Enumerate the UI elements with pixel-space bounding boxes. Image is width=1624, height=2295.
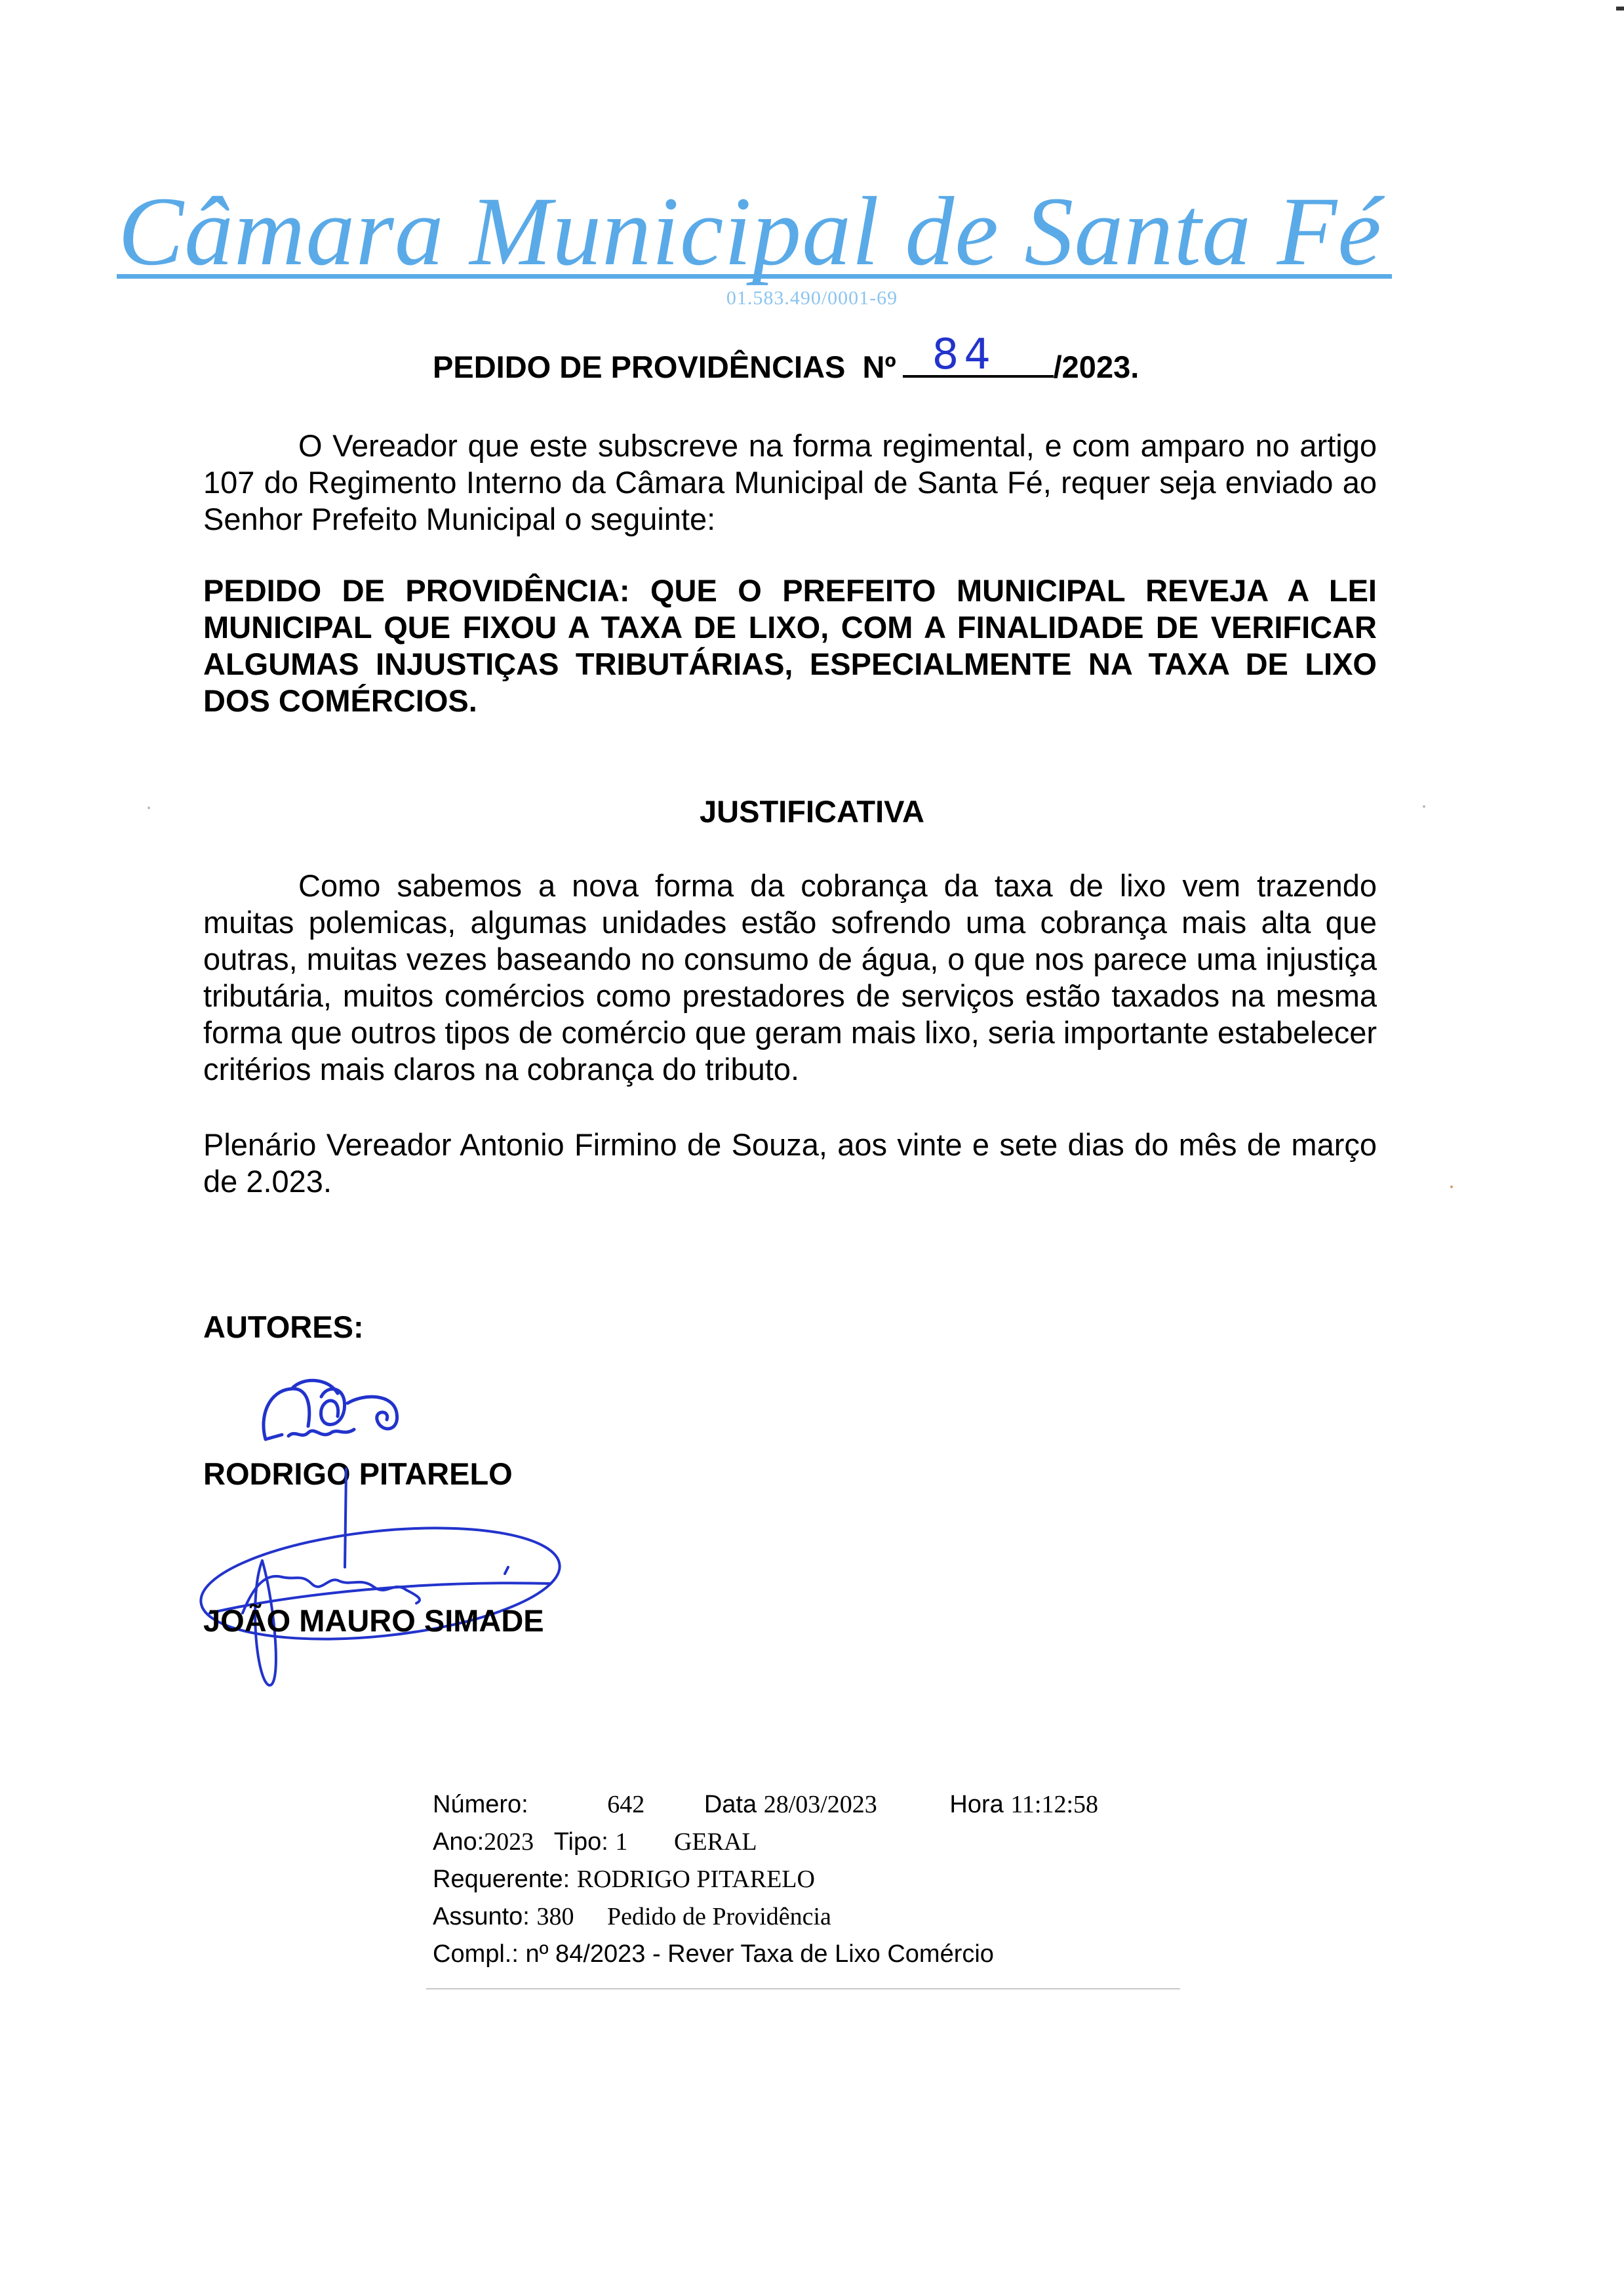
requerente-value: RODRIGO PITARELO (577, 1866, 815, 1893)
numero-value: 642 (607, 1786, 644, 1824)
data-value: 28/03/2023 (764, 1791, 877, 1818)
document-title-suffix: /2023. (1054, 349, 1139, 384)
stamp-row-numero: Número: 642 Data 28/03/2023 Hora 11:12:5… (433, 1786, 1098, 1824)
ano-value: 2023 (484, 1828, 534, 1856)
justification-heading: JUSTIFICATIVA (0, 793, 1624, 829)
document-number-handwritten: 84 (932, 330, 996, 379)
data-label: Data (704, 1786, 757, 1824)
scan-edge-mark (1616, 7, 1624, 10)
signature-rodrigo-icon (256, 1377, 426, 1456)
authors-heading: AUTORES: (203, 1309, 364, 1345)
tipo-desc: GERAL (674, 1824, 757, 1861)
stamp-rule (426, 1988, 1180, 1989)
assunto-label: Assunto: (433, 1903, 530, 1930)
compl-label: Compl.: (433, 1940, 519, 1968)
document-title-prefix: PEDIDO DE PROVIDÊNCIAS Nº (433, 349, 896, 384)
assunto-desc: Pedido de Providência (607, 1898, 831, 1936)
assunto-value: 380 (536, 1903, 574, 1930)
letterhead-rule (117, 274, 1392, 279)
requerente-label: Requerente: (433, 1866, 570, 1893)
request-paragraph: PEDIDO DE PROVIDÊNCIA: QUE O PREFEITO MU… (203, 572, 1377, 719)
signature-joao-icon (197, 1462, 590, 1711)
stamp-row-requerente: Requerente: RODRIGO PITARELO (433, 1861, 1098, 1898)
ano-label: Ano: (433, 1828, 484, 1856)
letterhead-cnpj: 01.583.490/0001-69 (0, 287, 1624, 309)
numero-label: Número: (433, 1791, 528, 1818)
intro-paragraph: O Vereador que este subscreve na forma r… (203, 428, 1377, 538)
scan-speck (1423, 805, 1425, 808)
hora-value: 11:12:58 (1010, 1791, 1098, 1818)
hora-label: Hora (949, 1786, 1003, 1824)
justification-paragraph: Como sabemos a nova forma da cobrança da… (203, 868, 1377, 1088)
stamp-row-compl: Compl.: nº 84/2023 - Rever Taxa de Lixo … (433, 1936, 1098, 1973)
compl-value: nº 84/2023 - Rever Taxa de Lixo Comércio (525, 1940, 993, 1968)
scan-speck (148, 807, 150, 809)
tipo-value: 1 (615, 1828, 627, 1856)
scan-speck (1450, 1186, 1453, 1188)
document-title: PEDIDO DE PROVIDÊNCIAS Nº84/2023. (433, 346, 1139, 385)
stamp-row-assunto: Assunto: 380 Pedido de Providência (433, 1898, 1098, 1936)
author-name: JOÃO MAURO SIMADE (203, 1603, 544, 1639)
protocol-stamp: Número: 642 Data 28/03/2023 Hora 11:12:5… (433, 1786, 1098, 1973)
document-number-blank: 84 (903, 346, 1054, 378)
letterhead-title: Câmara Municipal de Santa Fé (118, 176, 1403, 287)
stamp-row-ano: Ano:2023 Tipo: 1 GERAL (433, 1824, 1098, 1861)
closing-paragraph: Plenário Vereador Antonio Firmino de Sou… (203, 1127, 1377, 1200)
tipo-label: Tipo: (554, 1824, 608, 1861)
